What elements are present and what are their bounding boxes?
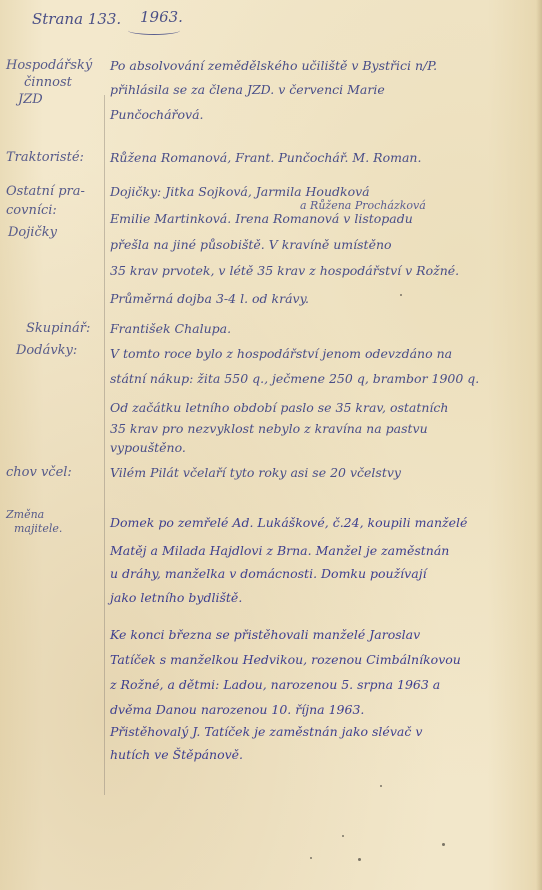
margin-label-skupinar: Skupinář: (26, 321, 90, 337)
margin-label-pracovnici: covníci: (6, 203, 57, 219)
text-line: Domek po zemřelé Ad. Lukáškové, č.24, ko… (110, 515, 467, 530)
margin-line (104, 95, 105, 795)
margin-label-cinnost: činnost (24, 75, 72, 91)
margin-label-ostatni: Ostatní pra- (6, 184, 85, 200)
text-line: u dráhy, manželka v domácnosti. Domku po… (110, 566, 427, 581)
text-line: V tomto roce bylo z hospodářství jenom o… (110, 346, 452, 361)
text-line: z Rožné, a dětmi: Ladou, narozenou 5. sr… (110, 677, 440, 692)
text-line: 35 krav pro nezvyklost nebylo z kravína … (110, 421, 428, 436)
paper-speck (358, 858, 361, 861)
text-line: Tatíček s manželkou Hedvikou, rozenou Ci… (110, 652, 461, 667)
text-line: Přistěhovalý J. Tatíček je zaměstnán jak… (110, 724, 422, 739)
margin-label-traktoriste: Traktoristé: (6, 150, 84, 166)
text-line: Matěj a Milada Hajdlovi z Brna. Manžel j… (110, 543, 449, 558)
year-underline (128, 26, 180, 35)
text-line: Punčochářová. (110, 107, 204, 122)
text-line: přihlásila se za člena JZD. v červenci M… (110, 82, 385, 97)
text-line: Vilém Pilát včelaří tyto roky asi se 20 … (110, 465, 401, 480)
page-number: Strana 133. (32, 10, 121, 28)
text-line: Průměrná dojba 3-4 l. od krávy. (110, 291, 309, 306)
margin-label-hospodarska: Hospodářský (6, 58, 92, 74)
text-line: Od začátku letního období paslo se 35 kr… (110, 400, 448, 415)
text-line: Dojičky: Jitka Sojková, Jarmila Houdková (110, 184, 370, 199)
margin-label-chov-vcel: chov včel: (6, 465, 72, 481)
margin-label-dojicky: Dojičky (8, 225, 57, 241)
chronicle-page: Strana 133. 1963. Hospodářský činnost JZ… (0, 0, 542, 890)
text-line: Emilie Martinková. Irena Romanová v list… (110, 211, 413, 226)
text-line: Po absolvování zemědělského učiliště v B… (110, 58, 437, 73)
paper-speck (342, 835, 344, 837)
paper-speck (400, 294, 402, 296)
text-line: jako letního bydliště. (110, 590, 242, 605)
margin-label-dodavky: Dodávky: (16, 343, 77, 359)
text-line: vypouštěno. (110, 440, 186, 455)
text-line: Růžena Romanová, Frant. Punčochář. M. Ro… (110, 150, 421, 165)
text-line: 35 krav prvotek, v létě 35 krav z hospod… (110, 263, 459, 278)
paper-speck (380, 785, 382, 787)
text-line: František Chalupa. (110, 321, 231, 336)
paper-speck (442, 843, 445, 846)
margin-label-jzd: JZD (18, 92, 43, 108)
paper-speck (310, 857, 312, 859)
text-line: dvěma Danou narozenou 10. října 1963. (110, 702, 364, 717)
text-line: Ke konci března se přistěhovali manželé … (110, 627, 420, 642)
text-line: přešla na jiné působiště. V kravíně umís… (110, 237, 392, 252)
year-heading: 1963. (140, 8, 183, 26)
margin-label-majitele: majitele. (14, 521, 62, 537)
text-line: hutích ve Štěpánově. (110, 747, 243, 762)
text-line: státní nákup: žita 550 q., ječmene 250 q… (110, 371, 479, 386)
page-edge-shadow (536, 0, 542, 890)
